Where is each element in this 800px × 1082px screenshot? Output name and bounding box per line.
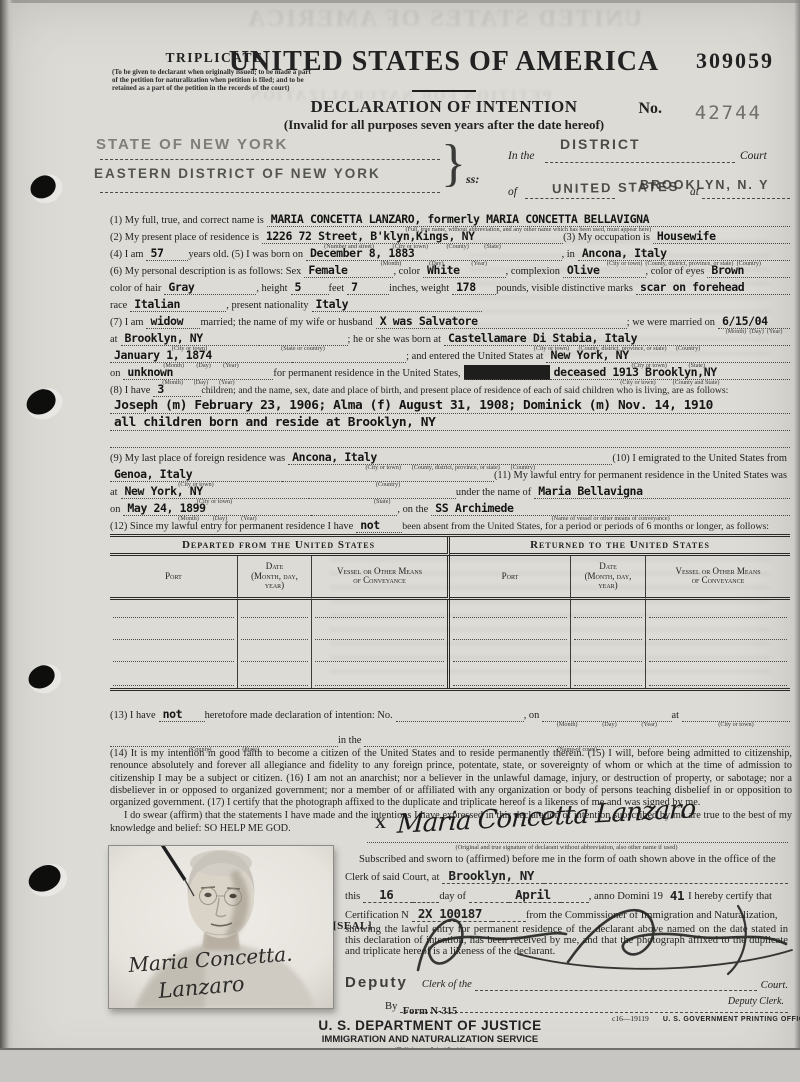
printed-text: (7) I am [110, 317, 146, 329]
line-12: Joseph (m) February 23, 1906; Alma (f) A… [110, 397, 790, 414]
printed-text: (6) My personal description is as follow… [110, 266, 304, 278]
line-2: (2) My present place of residence is 122… [110, 227, 790, 244]
typed-entry: Italian [130, 297, 226, 312]
printed-text: ; and entered the United States at [406, 351, 546, 363]
table-title-returned: Returned to the United States [450, 537, 790, 556]
table-column-header: Vessel or Other Means of Conveyance [646, 556, 790, 600]
typed-entry: Olive [563, 263, 646, 278]
typed-entry: Italy [312, 297, 482, 312]
typed-entry: Housewife [653, 229, 790, 244]
printed-text: at [110, 487, 121, 499]
gpo-label: U. S. GOVERNMENT PRINTING OFFICE [649, 1016, 800, 1023]
year-value: 41 [666, 888, 688, 903]
printed-text: been absent from the United States, for … [402, 521, 772, 533]
printed-text: (8) I have [110, 385, 153, 397]
table-empty-cell [110, 600, 238, 622]
printed-text: (9) My last place of foreign residence w… [110, 453, 288, 465]
printed-text: , color of eyes [646, 266, 708, 278]
subscribed-line: Subscribed and sworn to (affirmed) befor… [345, 854, 788, 865]
of-rule [525, 198, 615, 199]
printed-text: under the name of [456, 487, 534, 499]
printed-text: (11) My lawful entry for permanent resid… [494, 470, 790, 482]
printed-text: inches, weight [389, 283, 452, 295]
typed-entry: not [356, 518, 402, 533]
clerk-place-value: Brooklyn, NY [442, 868, 544, 884]
typed-entry: 57 [146, 246, 188, 261]
form-title: DECLARATION OF INTENTION [88, 97, 800, 117]
certification-row: Certification N 2X 100187 from the Commi… [345, 903, 788, 922]
printed-text: (3) My occupation is [563, 232, 653, 244]
venue-rule [100, 192, 440, 193]
typed-entry: May 24, 1899(Month) (Day) (Year) [123, 501, 311, 516]
printed-text: , complexion [506, 266, 563, 278]
printed-text: , in [562, 249, 578, 261]
printed-text: years old. (5) I was born on [188, 249, 306, 261]
month-value: April [509, 887, 561, 903]
table-empty-cell [450, 600, 571, 622]
typed-entry: Brown [707, 263, 790, 278]
court-name-stamp: DISTRICT [560, 136, 641, 152]
table-empty-cell [110, 622, 238, 644]
at-rule [702, 198, 790, 199]
printed-text: heretofore made declaration of intention… [205, 710, 396, 722]
date-row: this 16 day of April , anno Domini 19 41… [345, 884, 788, 903]
gpo-print-line: c16—19119U. S. GOVERNMENT PRINTING OFFIC… [612, 1014, 800, 1023]
typed-entry: SS Archimede(Name of vessel or other mea… [431, 501, 790, 516]
this-label: this [345, 891, 363, 903]
printed-text: (4) I am [110, 249, 146, 261]
typed-entry: Genoa, Italy(City or town) [110, 467, 282, 482]
typed-entry: Female [304, 263, 393, 278]
table-column-header: Date (Month, day, year) [238, 556, 312, 600]
country-title: UNITED STATES OF AMERICA [88, 46, 800, 78]
table-empty-cell [571, 666, 646, 688]
service-name: IMMIGRATION AND NATURALIZATION SERVICE [256, 1034, 604, 1045]
dotted-fill [561, 889, 589, 903]
district-stamp: EASTERN DISTRICT OF NEW YORK [94, 166, 381, 181]
printed-text: , color [393, 266, 423, 278]
table-column-header: Vessel or Other Means of Conveyance [312, 556, 450, 600]
clerk-of-the-label: Clerk of the [422, 979, 475, 991]
typed-entry: Castellamare Di Stabia, Italy(City or to… [444, 331, 790, 346]
venue-brace: } [441, 134, 466, 193]
table-empty-cell [238, 622, 312, 644]
punch-hole [25, 662, 57, 691]
table-empty-cell [312, 666, 450, 688]
printed-text: ; we were married on [627, 317, 718, 329]
in-the-label: In the [508, 150, 535, 162]
declarant-photo: Maria Concetta. Lanzaro [108, 845, 334, 1009]
dotted-blank: (Month) (Day) (Year) [542, 703, 671, 722]
table-column-header: Port [110, 556, 238, 600]
declaration-no-label: No. [638, 100, 662, 118]
printed-text: , on the [397, 504, 431, 516]
certification-suffix: from the Commissioner of Immigration and… [526, 910, 781, 922]
printed-text: , on [524, 710, 543, 722]
typed-entry: MARIA CONCETTA LANZARO, formerly MARIA C… [267, 212, 790, 227]
clerk-place-label: Clerk of said Court, at [345, 872, 442, 884]
typed-entry: unknown(Month) (Day) (Year) [123, 365, 273, 380]
typed-entry: 3 [153, 382, 201, 397]
deputy-clerk-label: Deputy Clerk. [728, 996, 784, 1007]
line-20: (13) I have not heretofore made declarat… [110, 697, 790, 722]
dotted-blank: (County) (State) [110, 728, 338, 747]
line-6: race Italian, present nationality Italy [110, 295, 790, 312]
scanned-declaration-of-intention-document: UNITED STATES OF AMERICA PETITION FOR NA… [0, 0, 800, 1082]
day-of-label: day of [439, 891, 469, 903]
table-empty-cell [450, 666, 571, 688]
typed-entry: 178 [452, 280, 496, 295]
deputy-stamp: Deputy [345, 974, 422, 991]
printed-text: at [110, 334, 121, 346]
typed-entry: deceased 1913 Brooklyn,NY(City or town) … [550, 365, 790, 380]
table-empty-cell [238, 644, 312, 666]
table-empty-cell [571, 600, 646, 622]
table-empty-cell [571, 622, 646, 644]
table-empty-cell [646, 600, 790, 622]
printed-text: (10) I emigrated to the United States fr… [612, 453, 790, 465]
scan-edge-bottom [0, 1048, 800, 1082]
certification-body: showing the lawful entry for permanent r… [345, 924, 788, 957]
typed-entry: 7 [347, 280, 389, 295]
typed-entry: 5 [291, 280, 329, 295]
print-code: c16—19119 [612, 1014, 649, 1023]
typed-entry: New York, NY(City or town) [121, 484, 309, 499]
typed-entry: New York, NY(City or town) (State) [546, 348, 790, 363]
line-10: on unknown(Month) (Day) (Year) for perma… [110, 363, 790, 380]
signature-x-mark: X [375, 816, 386, 833]
court-label: Court. [757, 980, 788, 991]
printed-text: on [110, 504, 123, 516]
table-empty-cell [450, 644, 571, 666]
form-number: Form N-315 [256, 1006, 604, 1017]
line-17: at New York, NY(City or town) (State) un… [110, 482, 790, 499]
line-9: January 1, 1874(Month) (Day) (Year) ; an… [110, 346, 790, 363]
typed-entry: January 1, 1874(Month) (Day) (Year) [110, 348, 292, 363]
dotted-blank: (Name of court) [364, 728, 790, 747]
prior-declaration-lines: (13) I have not heretofore made declarat… [110, 697, 790, 747]
dotted-fill [469, 889, 509, 903]
form-subtitle: (Invalid for all purposes seven years af… [88, 117, 800, 133]
punch-hole [25, 862, 64, 896]
day-value: 16 [363, 887, 413, 903]
table-empty-cell [312, 622, 450, 644]
line-1: (1) My full, true, and correct name is M… [110, 210, 790, 227]
portrait-photo-drawing: Maria Concetta. Lanzaro [109, 846, 333, 1008]
dotted-fill [544, 870, 788, 884]
line-5: color of hairGray, height 5 feet 7 inche… [110, 278, 790, 295]
brooklyn-stamp: BROOKLYN, N. Y [640, 178, 769, 192]
printed-text: , height [256, 283, 290, 295]
typed-entry: 6/15/04(Month) (Day) (Year) [718, 314, 790, 329]
line-21: (County) (State) in the (Name of court) [110, 722, 790, 747]
attestation-column: X Maria Concetta Lanzaro (Original and t… [345, 808, 788, 1013]
table-empty-cell [238, 666, 312, 688]
dotted-blank [311, 497, 397, 516]
absence-table: Departed from the United StatesReturned … [110, 534, 790, 691]
typed-entry: XXXXXXXXX [464, 365, 550, 380]
dotted-fill [475, 977, 757, 991]
table-empty-cell [646, 622, 790, 644]
scan-edge-left [0, 0, 13, 1082]
ss-label: ss: [466, 172, 479, 187]
certification-label: Certification N [345, 910, 412, 922]
table-column-header: Date (Month, day, year) [571, 556, 646, 600]
clerk-place-row: Clerk of said Court, at Brooklyn, NY [345, 865, 788, 884]
bleed-through-title: UNITED STATES OF AMERICA [88, 6, 800, 33]
punch-hole [27, 173, 59, 202]
court-label: Court [740, 150, 767, 162]
typed-entry: 1226 72 Street, B'klyn,Kings, NY(Number … [262, 229, 563, 244]
serial-number: 309059 [696, 48, 774, 74]
dotted-blank [396, 703, 524, 722]
printed-text: (13) I have [110, 710, 159, 722]
printed-text: feet [329, 283, 348, 295]
printed-text: (1) My full, true, and correct name is [110, 215, 267, 227]
table-empty-cell [312, 600, 450, 622]
typed-entry: Gray [164, 280, 256, 295]
table-empty-cell [238, 600, 312, 622]
punch-hole [23, 386, 59, 418]
typed-entry: X was Salvatore [376, 314, 627, 329]
printed-text: race [110, 300, 130, 312]
table-empty-cell [646, 666, 790, 688]
form-body-lines: (1) My full, true, and correct name is M… [110, 210, 790, 533]
dotted-blank [110, 429, 790, 448]
printed-text: on [110, 368, 123, 380]
clerk-title-row: Deputy Clerk of the Court. [345, 965, 788, 991]
typed-entry: Ancona, Italy(City or town) (County, dis… [578, 246, 790, 261]
printed-text: (12) Since my lawful entry for permanent… [110, 521, 356, 533]
typed-entry: December 8, 1883(Month) (Day) (Year) [306, 246, 562, 261]
printed-text: in the [338, 735, 364, 747]
table-empty-cell [312, 644, 450, 666]
dotted-fill [492, 908, 526, 922]
dotted-fill [413, 889, 439, 903]
title-rule [412, 90, 476, 92]
table-empty-cell [571, 644, 646, 666]
line-18: on May 24, 1899(Month) (Day) (Year) , on… [110, 499, 790, 516]
table-empty-cell [110, 644, 238, 666]
typed-entry: not [159, 707, 205, 722]
line-14 [110, 431, 790, 448]
state-stamp: STATE OF NEW YORK [96, 136, 288, 153]
declaration-no-value: 42744 [695, 102, 762, 124]
table-empty-cell [450, 622, 571, 644]
typed-entry: White [423, 263, 506, 278]
department-name: U. S. DEPARTMENT OF JUSTICE [256, 1018, 604, 1033]
table-empty-cell [110, 666, 238, 688]
table-empty-cell [646, 644, 790, 666]
printed-text: , present nationality [226, 300, 311, 312]
line-8: at Brooklyn, NY(City or town) (State or … [110, 329, 790, 346]
dotted-blank [292, 344, 406, 363]
typed-entry: Brooklyn, NY(City or town) [121, 331, 259, 346]
venue-rule [100, 159, 440, 160]
table-title-departed: Departed from the United States [110, 537, 450, 556]
scan-edge-top [0, 0, 800, 3]
court-name-rule [545, 162, 735, 163]
typed-entry: Maria Bellavigna [534, 484, 790, 499]
printed-text: children; and the name, sex, date and pl… [201, 385, 731, 397]
printed-text: for permanent residence in the United St… [273, 368, 463, 380]
typed-entry: widow [146, 314, 200, 329]
certify-suffix: I hereby certify that [688, 891, 775, 903]
anno-domini-label: , anno Domini 19 [589, 891, 666, 903]
typed-entry: Joseph (m) February 23, 1906; Alma (f) A… [110, 398, 790, 414]
printed-text: pounds, visible distinctive marks [496, 283, 636, 295]
typed-entry: scar on forehead [636, 280, 790, 295]
dotted-blank: (City or town) [682, 703, 790, 722]
printed-text: (2) My present place of residence is [110, 232, 262, 244]
scan-edge-right [794, 0, 800, 1082]
table-column-header: Port [450, 556, 571, 600]
signature-rule [367, 842, 788, 843]
declarant-signature-row: X Maria Concetta Lanzaro [345, 808, 788, 842]
printed-text: color of hair [110, 283, 164, 295]
line-3: (4) I am 57 years old. (5) I was born on… [110, 244, 790, 261]
line-7: (7) I am widowmarried; the name of my wi… [110, 312, 790, 329]
printed-text: at [672, 710, 683, 722]
signature-caption: (Original and true signature of declaran… [345, 844, 788, 852]
of-label: of [508, 186, 517, 198]
certification-number: 2X 100187 [412, 906, 492, 922]
